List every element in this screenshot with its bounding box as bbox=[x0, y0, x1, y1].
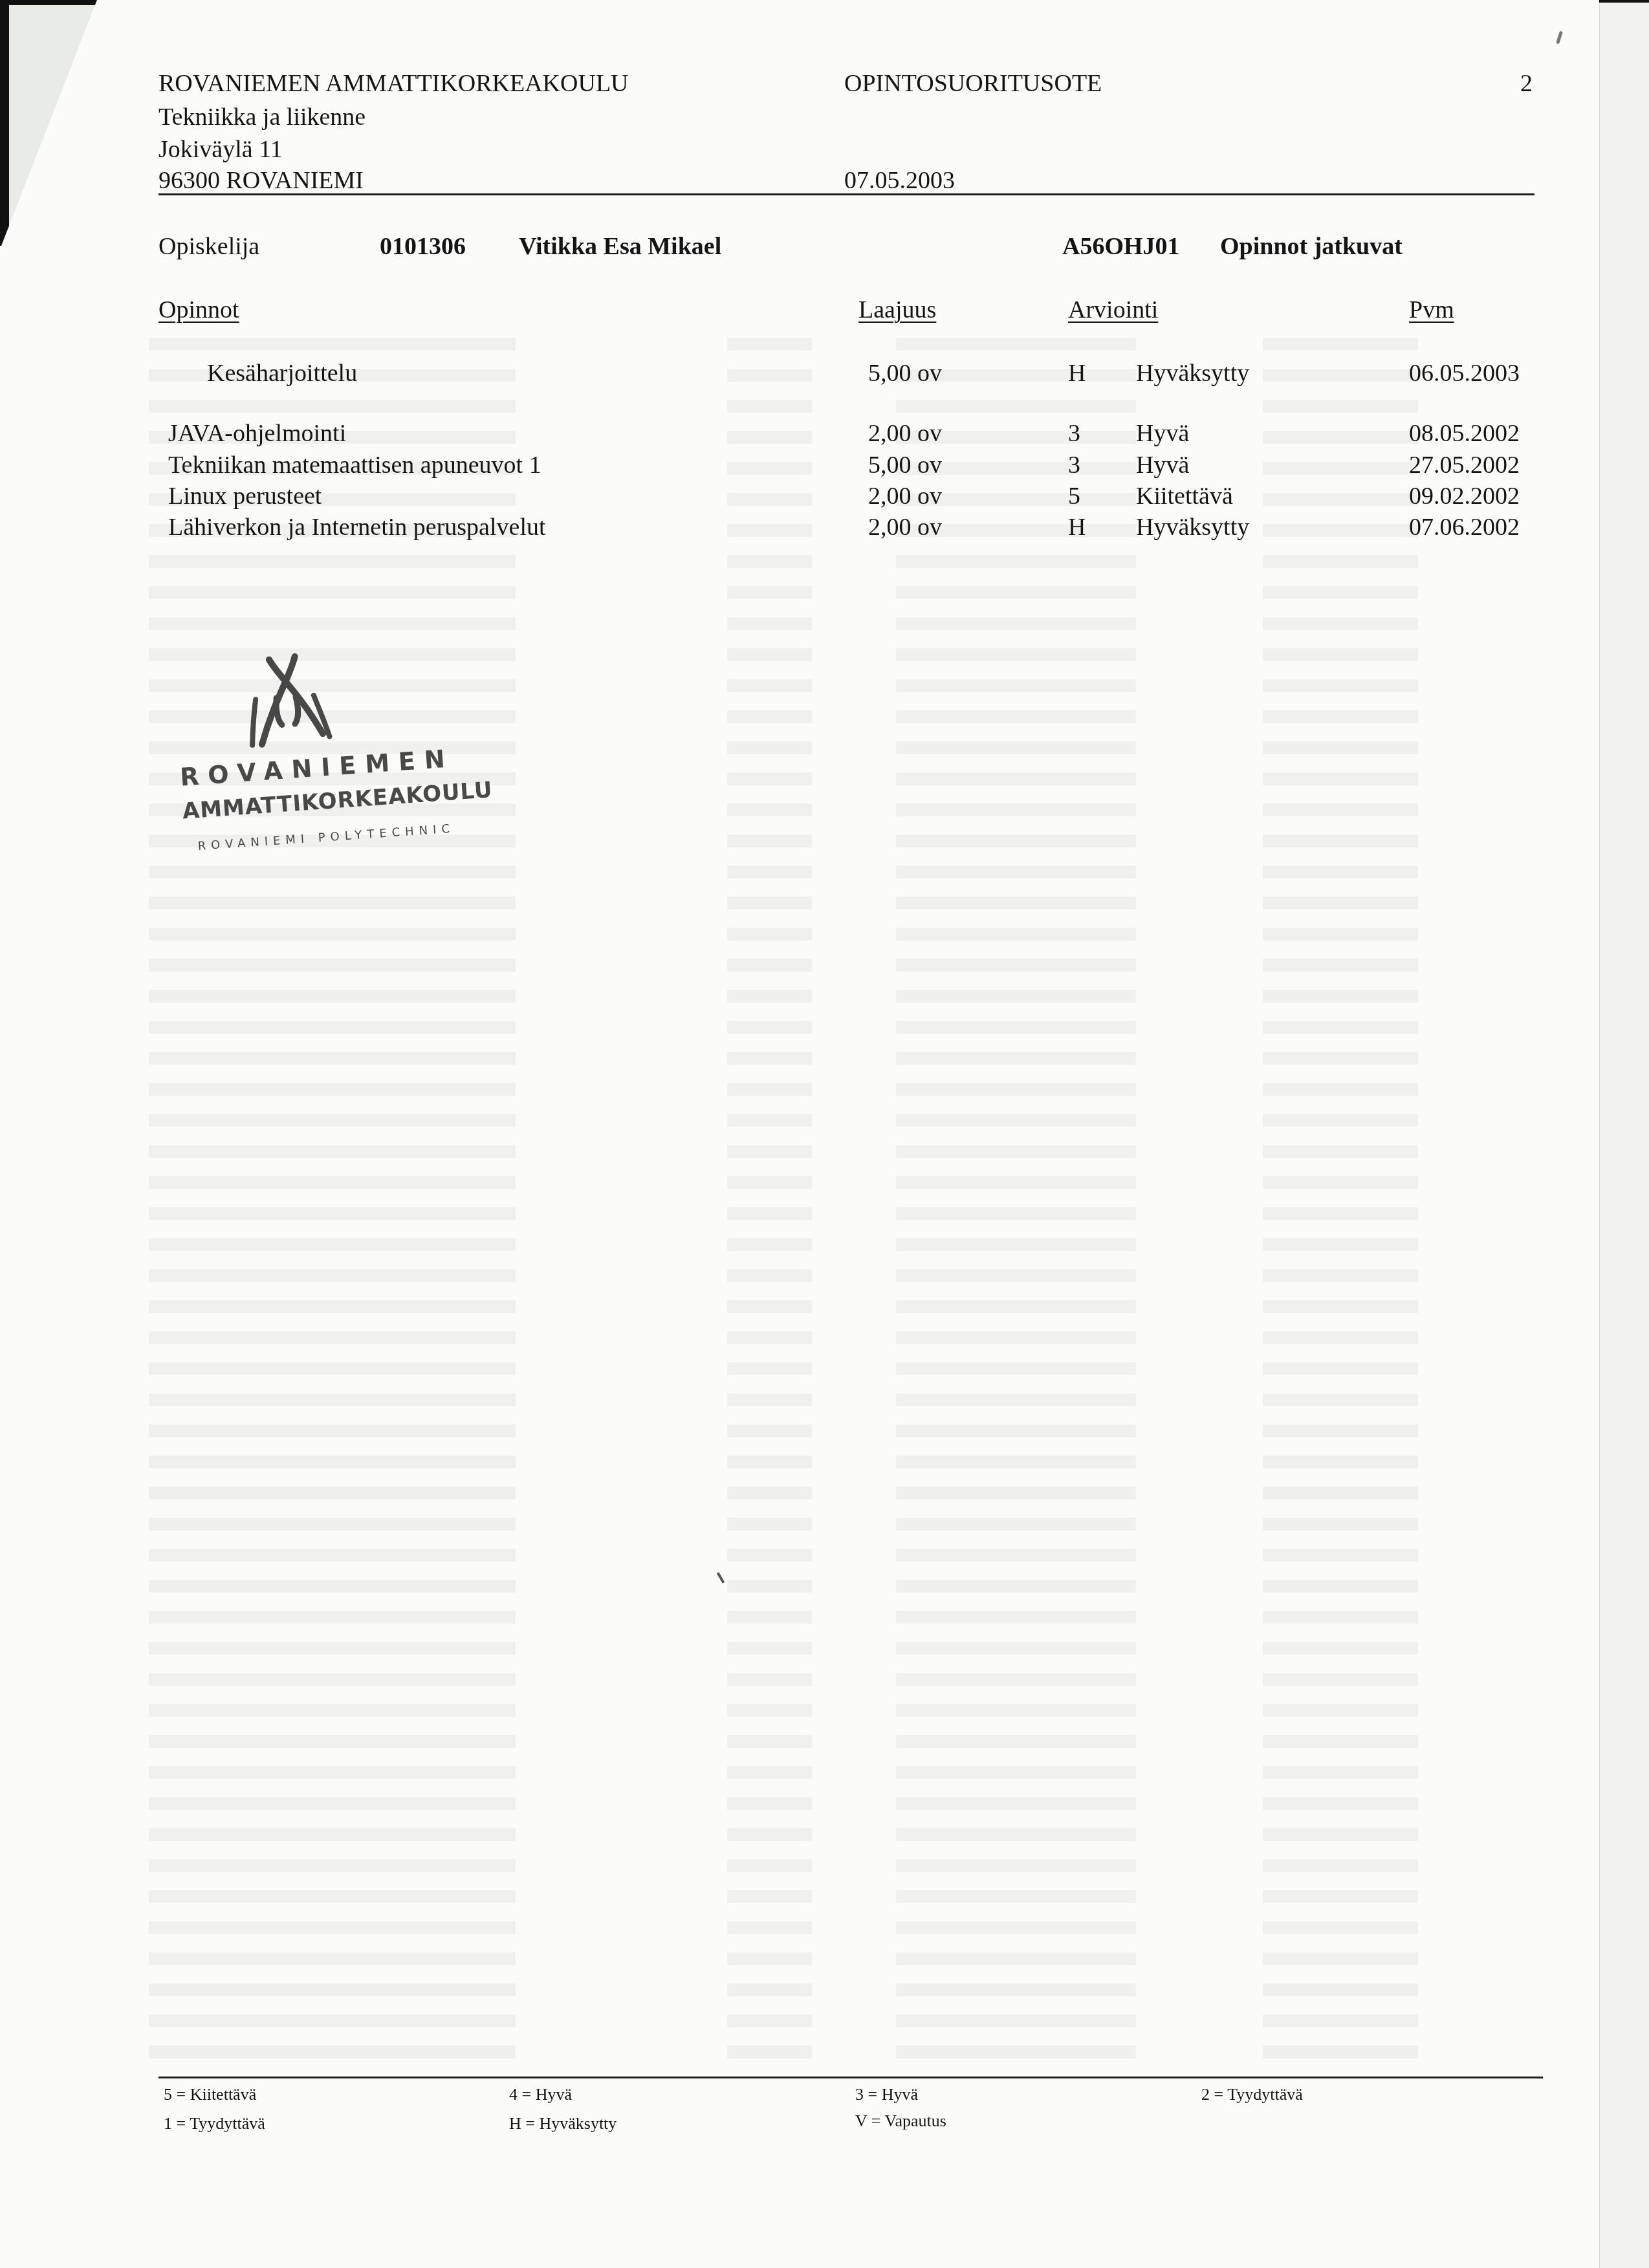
course-grade-code: 5 bbox=[1068, 484, 1080, 508]
legend-label: Kiitettävä bbox=[190, 2085, 257, 2104]
course-extent: 2,00 ov bbox=[868, 515, 942, 540]
crossed-feathers-logo-icon bbox=[233, 648, 343, 752]
study-status: Opinnot jatkuvat bbox=[1220, 234, 1403, 259]
legend-code: 2 bbox=[1201, 2085, 1210, 2104]
course-name: Tekniikan matemaattisen apuneuvot 1 bbox=[168, 453, 541, 477]
legend-label: Tyydyttävä bbox=[1227, 2085, 1303, 2104]
course-extent: 2,00 ov bbox=[868, 421, 942, 446]
legend-item: 2 = Tyydyttävä bbox=[1201, 2086, 1303, 2103]
course-name: JAVA-ohjelmointi bbox=[168, 421, 346, 446]
student-label: Opiskelija bbox=[158, 234, 259, 259]
course-date: 08.05.2002 bbox=[1409, 421, 1520, 446]
legend-code: H bbox=[509, 2114, 521, 2133]
column-header-course: Opinnot bbox=[158, 298, 239, 322]
course-grade-code: 3 bbox=[1068, 453, 1080, 477]
page-number: 2 bbox=[1520, 71, 1533, 96]
course-date: 06.05.2003 bbox=[1409, 361, 1520, 386]
course-grade-code: 3 bbox=[1068, 421, 1080, 446]
course-date: 07.06.2002 bbox=[1409, 515, 1520, 540]
legend-code: 5 bbox=[164, 2085, 172, 2104]
document-date: 07.05.2003 bbox=[844, 168, 955, 193]
legend-item: V = Vapautus bbox=[855, 2113, 946, 2130]
course-date: 27.05.2002 bbox=[1409, 453, 1520, 477]
legend-item: 1 = Tyydyttävä bbox=[164, 2115, 265, 2132]
course-extent: 2,00 ov bbox=[868, 484, 942, 508]
scanner-edge-left bbox=[0, 0, 9, 246]
course-name: Linux perusteet bbox=[168, 484, 322, 508]
legend-code: V bbox=[855, 2111, 867, 2130]
reverse-side-bleed-through bbox=[149, 323, 1559, 2070]
scanner-edge-top bbox=[0, 0, 97, 5]
student-name: Vitikka Esa Mikael bbox=[519, 234, 721, 259]
institution-stamp: ROVANIEMEN AMMATTIKORKEAKOULU ROVANIEMI … bbox=[165, 635, 452, 886]
course-grade-code: H bbox=[1068, 361, 1086, 386]
institution-unit: Tekniikka ja liikenne bbox=[158, 105, 366, 129]
legend-item: H = Hyväksytty bbox=[509, 2115, 617, 2132]
legend-code: 4 bbox=[509, 2085, 518, 2104]
legend-item: 4 = Hyvä bbox=[509, 2086, 572, 2103]
institution-name: ROVANIEMEN AMMATTIKORKEAKOULU bbox=[158, 71, 629, 96]
legend-item: 5 = Kiitettävä bbox=[164, 2086, 256, 2103]
legend-code: 1 bbox=[164, 2114, 172, 2133]
column-header-date: Pvm bbox=[1409, 298, 1454, 322]
course-grade-code: H bbox=[1068, 515, 1086, 540]
legend-label: Hyvä bbox=[882, 2085, 918, 2104]
course-extent: 5,00 ov bbox=[868, 453, 942, 477]
student-id: 0101306 bbox=[380, 234, 466, 259]
program-code: A56OHJ01 bbox=[1062, 234, 1180, 259]
header-divider bbox=[158, 193, 1534, 195]
column-header-grade: Arviointi bbox=[1068, 298, 1158, 322]
course-grade-text: Hyvä bbox=[1136, 421, 1189, 446]
course-name: Kesäharjoittelu bbox=[207, 361, 357, 386]
document-title: OPINTOSUORITUSOTE bbox=[844, 71, 1102, 96]
course-date: 09.02.2002 bbox=[1409, 484, 1520, 508]
stamp-text-line3: ROVANIEMI POLYTECHNIC bbox=[197, 822, 455, 853]
footer-divider bbox=[158, 2077, 1543, 2078]
course-grade-text: Hyväksytty bbox=[1136, 361, 1249, 386]
transcript-page bbox=[0, 0, 1599, 2268]
legend-label: Hyvä bbox=[536, 2085, 572, 2104]
legend-label: Hyväksytty bbox=[539, 2114, 617, 2133]
course-grade-text: Hyväksytty bbox=[1136, 515, 1249, 540]
legend-label: Tyydyttävä bbox=[190, 2114, 265, 2133]
course-grade-text: Hyvä bbox=[1136, 453, 1189, 477]
scanner-bed-right-strip bbox=[1599, 3, 1649, 2268]
column-header-extent: Laajuus bbox=[858, 298, 936, 322]
course-extent: 5,00 ov bbox=[868, 361, 942, 386]
legend-code: 3 bbox=[855, 2085, 864, 2104]
institution-postal: 96300 ROVANIEMI bbox=[158, 168, 364, 193]
legend-item: 3 = Hyvä bbox=[855, 2086, 918, 2103]
legend-label: Vapautus bbox=[885, 2111, 946, 2130]
course-name: Lähiverkon ja Internetin peruspalvelut bbox=[168, 515, 546, 540]
course-grade-text: Kiitettävä bbox=[1136, 484, 1233, 508]
institution-street: Jokiväylä 11 bbox=[158, 137, 283, 162]
